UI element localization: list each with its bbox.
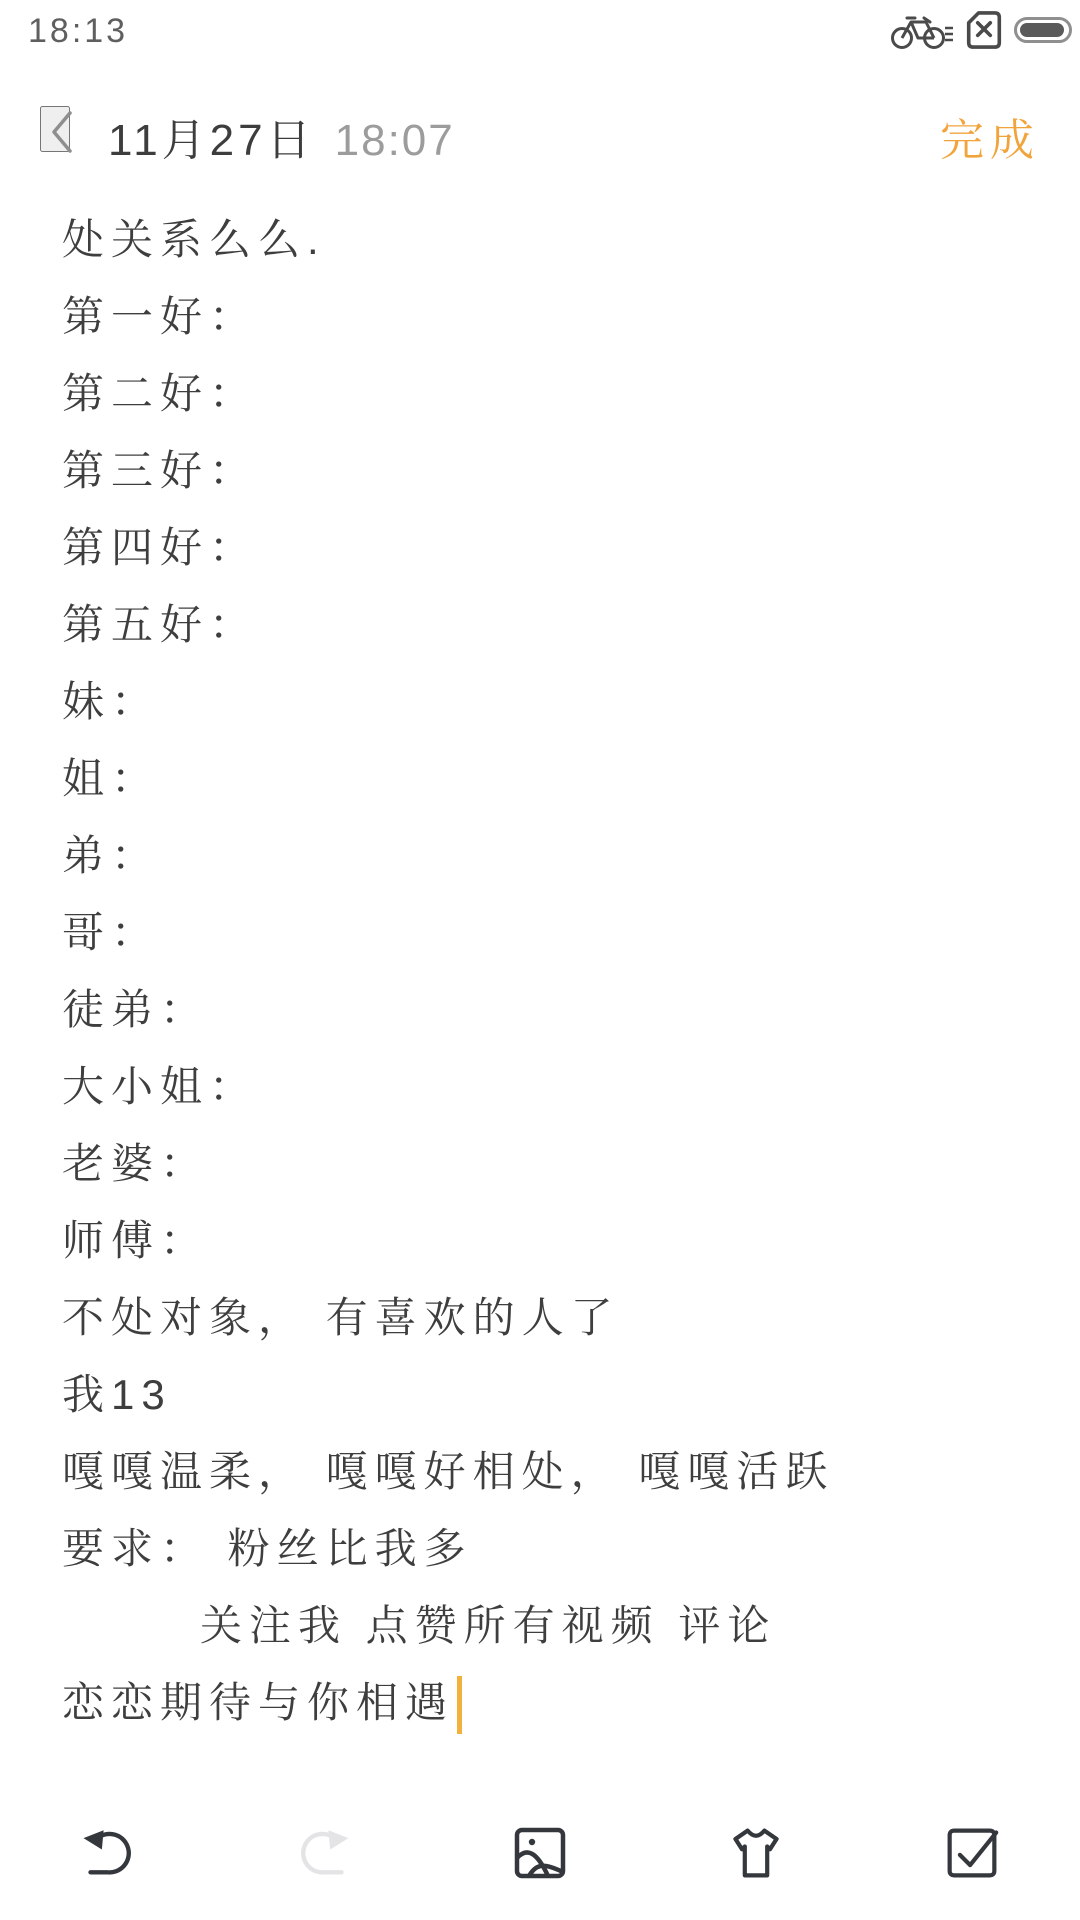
note-line: 不处对象， 有喜欢的人了	[62, 1276, 1040, 1353]
back-button[interactable]	[40, 106, 70, 152]
theme-button[interactable]	[728, 1825, 784, 1881]
note-title: 11月27日 18:07	[108, 104, 455, 168]
note-line: 第一好：	[62, 275, 1040, 352]
redo-button[interactable]	[296, 1825, 352, 1881]
note-line-text: 徒弟：	[62, 977, 209, 1037]
note-line-text: 第一好：	[62, 284, 258, 344]
undo-button[interactable]	[80, 1825, 136, 1881]
note-date: 11月27日	[108, 104, 315, 168]
status-time: 18:13	[28, 12, 128, 51]
note-line: 弟：	[62, 814, 1040, 891]
note-line: 关注我 点赞所有视频 评论	[62, 1584, 1040, 1661]
note-editor[interactable]: 处关系么么. 第一好： 第二好： 第三好： 第四好： 第五好： 妹： 姐： 弟：…	[62, 198, 1040, 1738]
status-icons	[890, 8, 1072, 52]
note-line: 姐：	[62, 737, 1040, 814]
battery-icon	[1014, 17, 1072, 43]
toolbar-cell	[0, 1822, 216, 1884]
note-line: 要求： 粉丝比我多	[62, 1507, 1040, 1584]
note-line: 徒弟：	[62, 968, 1040, 1045]
note-line-text: 要求： 粉丝比我多	[62, 1516, 473, 1576]
note-line-text: 老婆：	[62, 1131, 209, 1191]
note-line-text: 姐：	[62, 746, 160, 806]
note-line: 老婆：	[62, 1122, 1040, 1199]
insert-image-button[interactable]	[512, 1825, 568, 1881]
note-line-text: 第二好：	[62, 361, 258, 421]
note-line-text: 大小姐：	[62, 1054, 258, 1114]
no-sim-icon	[966, 10, 1002, 50]
note-line-text: 恋恋期待与你相遇	[62, 1670, 454, 1730]
note-line: 第五好：	[62, 583, 1040, 660]
note-line: 第三好：	[62, 429, 1040, 506]
note-line-text: 妹：	[62, 669, 160, 729]
note-line: 妹：	[62, 660, 1040, 737]
note-line-text: 第三好：	[62, 438, 258, 498]
toolbar-cell	[216, 1822, 432, 1884]
note-line-text: 嘎嘎温柔， 嘎嘎好相处， 嘎嘎活跃	[62, 1439, 834, 1499]
note-line: 处关系么么.	[62, 198, 1040, 275]
toolbar-cell	[864, 1822, 1080, 1884]
note-line-text: 第五好：	[62, 592, 258, 652]
note-line-text: 我13	[62, 1362, 172, 1422]
note-line-text: 第四好：	[62, 515, 258, 575]
toolbar-cell	[648, 1822, 864, 1884]
note-line-text: 关注我 点赞所有视频 评论	[200, 1593, 776, 1653]
toolbar-cell	[432, 1822, 648, 1884]
checklist-button[interactable]	[944, 1825, 1000, 1881]
battery-fill	[1020, 23, 1064, 37]
note-line-text: 不处对象， 有喜欢的人了	[62, 1285, 620, 1345]
bicycle-icon	[890, 10, 954, 50]
note-line: 第二好：	[62, 352, 1040, 429]
note-line: 恋恋期待与你相遇	[62, 1661, 1040, 1738]
status-bar: 18:13	[0, 0, 1080, 60]
note-header: 11月27日 18:07 完成	[0, 96, 1080, 166]
text-cursor	[457, 1676, 462, 1734]
done-button[interactable]: 完成	[940, 104, 1040, 168]
note-line: 师傅：	[62, 1199, 1040, 1276]
note-line-text: 师傅：	[62, 1208, 209, 1268]
note-line: 嘎嘎温柔， 嘎嘎好相处， 嘎嘎活跃	[62, 1430, 1040, 1507]
note-line-text: 弟：	[62, 823, 160, 883]
note-line: 第四好：	[62, 506, 1040, 583]
editor-toolbar	[0, 1822, 1080, 1884]
note-time: 18:07	[335, 116, 455, 166]
note-line: 大小姐：	[62, 1045, 1040, 1122]
note-line: 哥：	[62, 891, 1040, 968]
note-line-text: 哥：	[62, 900, 160, 960]
note-line: 我13	[62, 1353, 1040, 1430]
note-line-text: 处关系么么.	[62, 207, 326, 267]
